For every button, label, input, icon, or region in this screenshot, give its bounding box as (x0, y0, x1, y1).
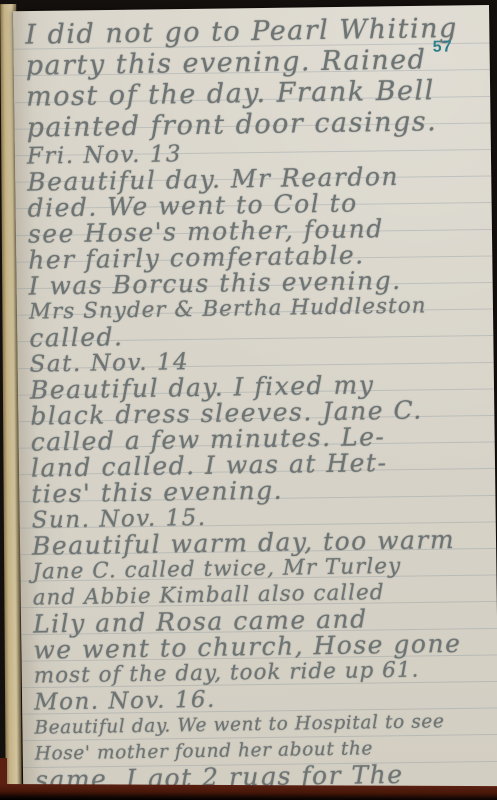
handwritten-entries: I did not go to Pearl Whitingparty this … (13, 13, 497, 793)
journal-page: I did not go to Pearl Whitingparty this … (13, 5, 497, 797)
printed-page-number: 57 (433, 38, 453, 56)
book-cover-bottom-edge (0, 784, 497, 800)
journal-photo: I did not go to Pearl Whitingparty this … (0, 0, 497, 800)
